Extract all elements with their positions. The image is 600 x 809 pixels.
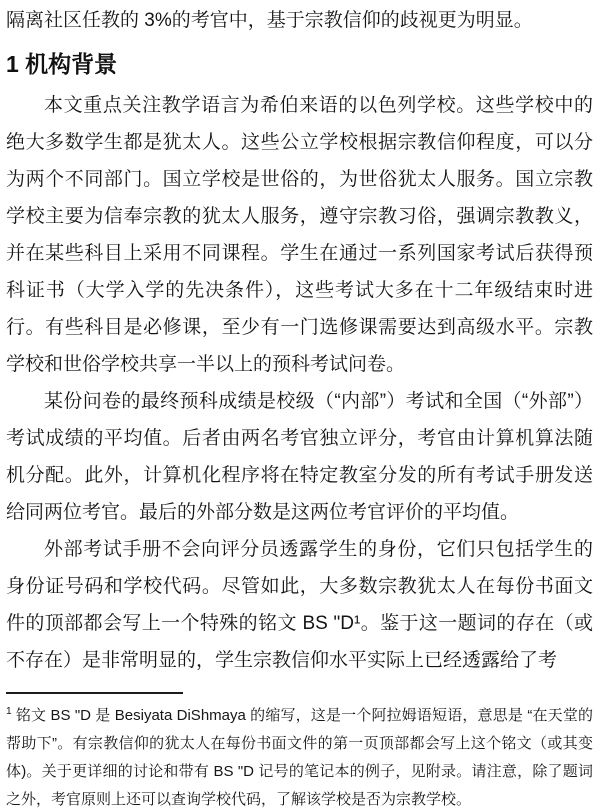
page-body: 隔离社区任教的 3%的考官中，基于宗教信仰的歧视更为明显。 1 机构背景 本文重… (6, 5, 593, 684)
paragraph-institutional-2: 某份问卷的最终预科成绩是校级（“内部”）考试和全国（“外部”）考试成绩的平均值。… (6, 383, 593, 531)
footnote-separator-rule (6, 692, 183, 694)
document-page: 隔离社区任教的 3%的考官中，基于宗教信仰的歧视更为明显。 1 机构背景 本文重… (0, 0, 600, 809)
section-heading: 1 机构背景 (6, 49, 593, 79)
paragraph-institutional-1: 本文重点关注教学语言为希伯来语的以色列学校。这些学校中的绝大多数学生都是犹太人。… (6, 87, 593, 383)
continuation-paragraph: 隔离社区任教的 3%的考官中，基于宗教信仰的歧视更为明显。 (6, 5, 593, 37)
footnote-text: 铭文 BS "D 是 Besiyata DiShmaya 的缩写，这是一个阿拉姆… (6, 707, 593, 808)
footnote: 1铭文 BS "D 是 Besiyata DiShmaya 的缩写，这是一个阿拉… (6, 702, 593, 809)
paragraph-institutional-3: 外部考试手册不会向评分员透露学生的身份，它们只包括学生的身份证号码和学校代码。尽… (6, 531, 593, 679)
footnote-marker: 1 (6, 706, 12, 717)
footnote-area: 1铭文 BS "D 是 Besiyata DiShmaya 的缩写，这是一个阿拉… (6, 692, 593, 809)
